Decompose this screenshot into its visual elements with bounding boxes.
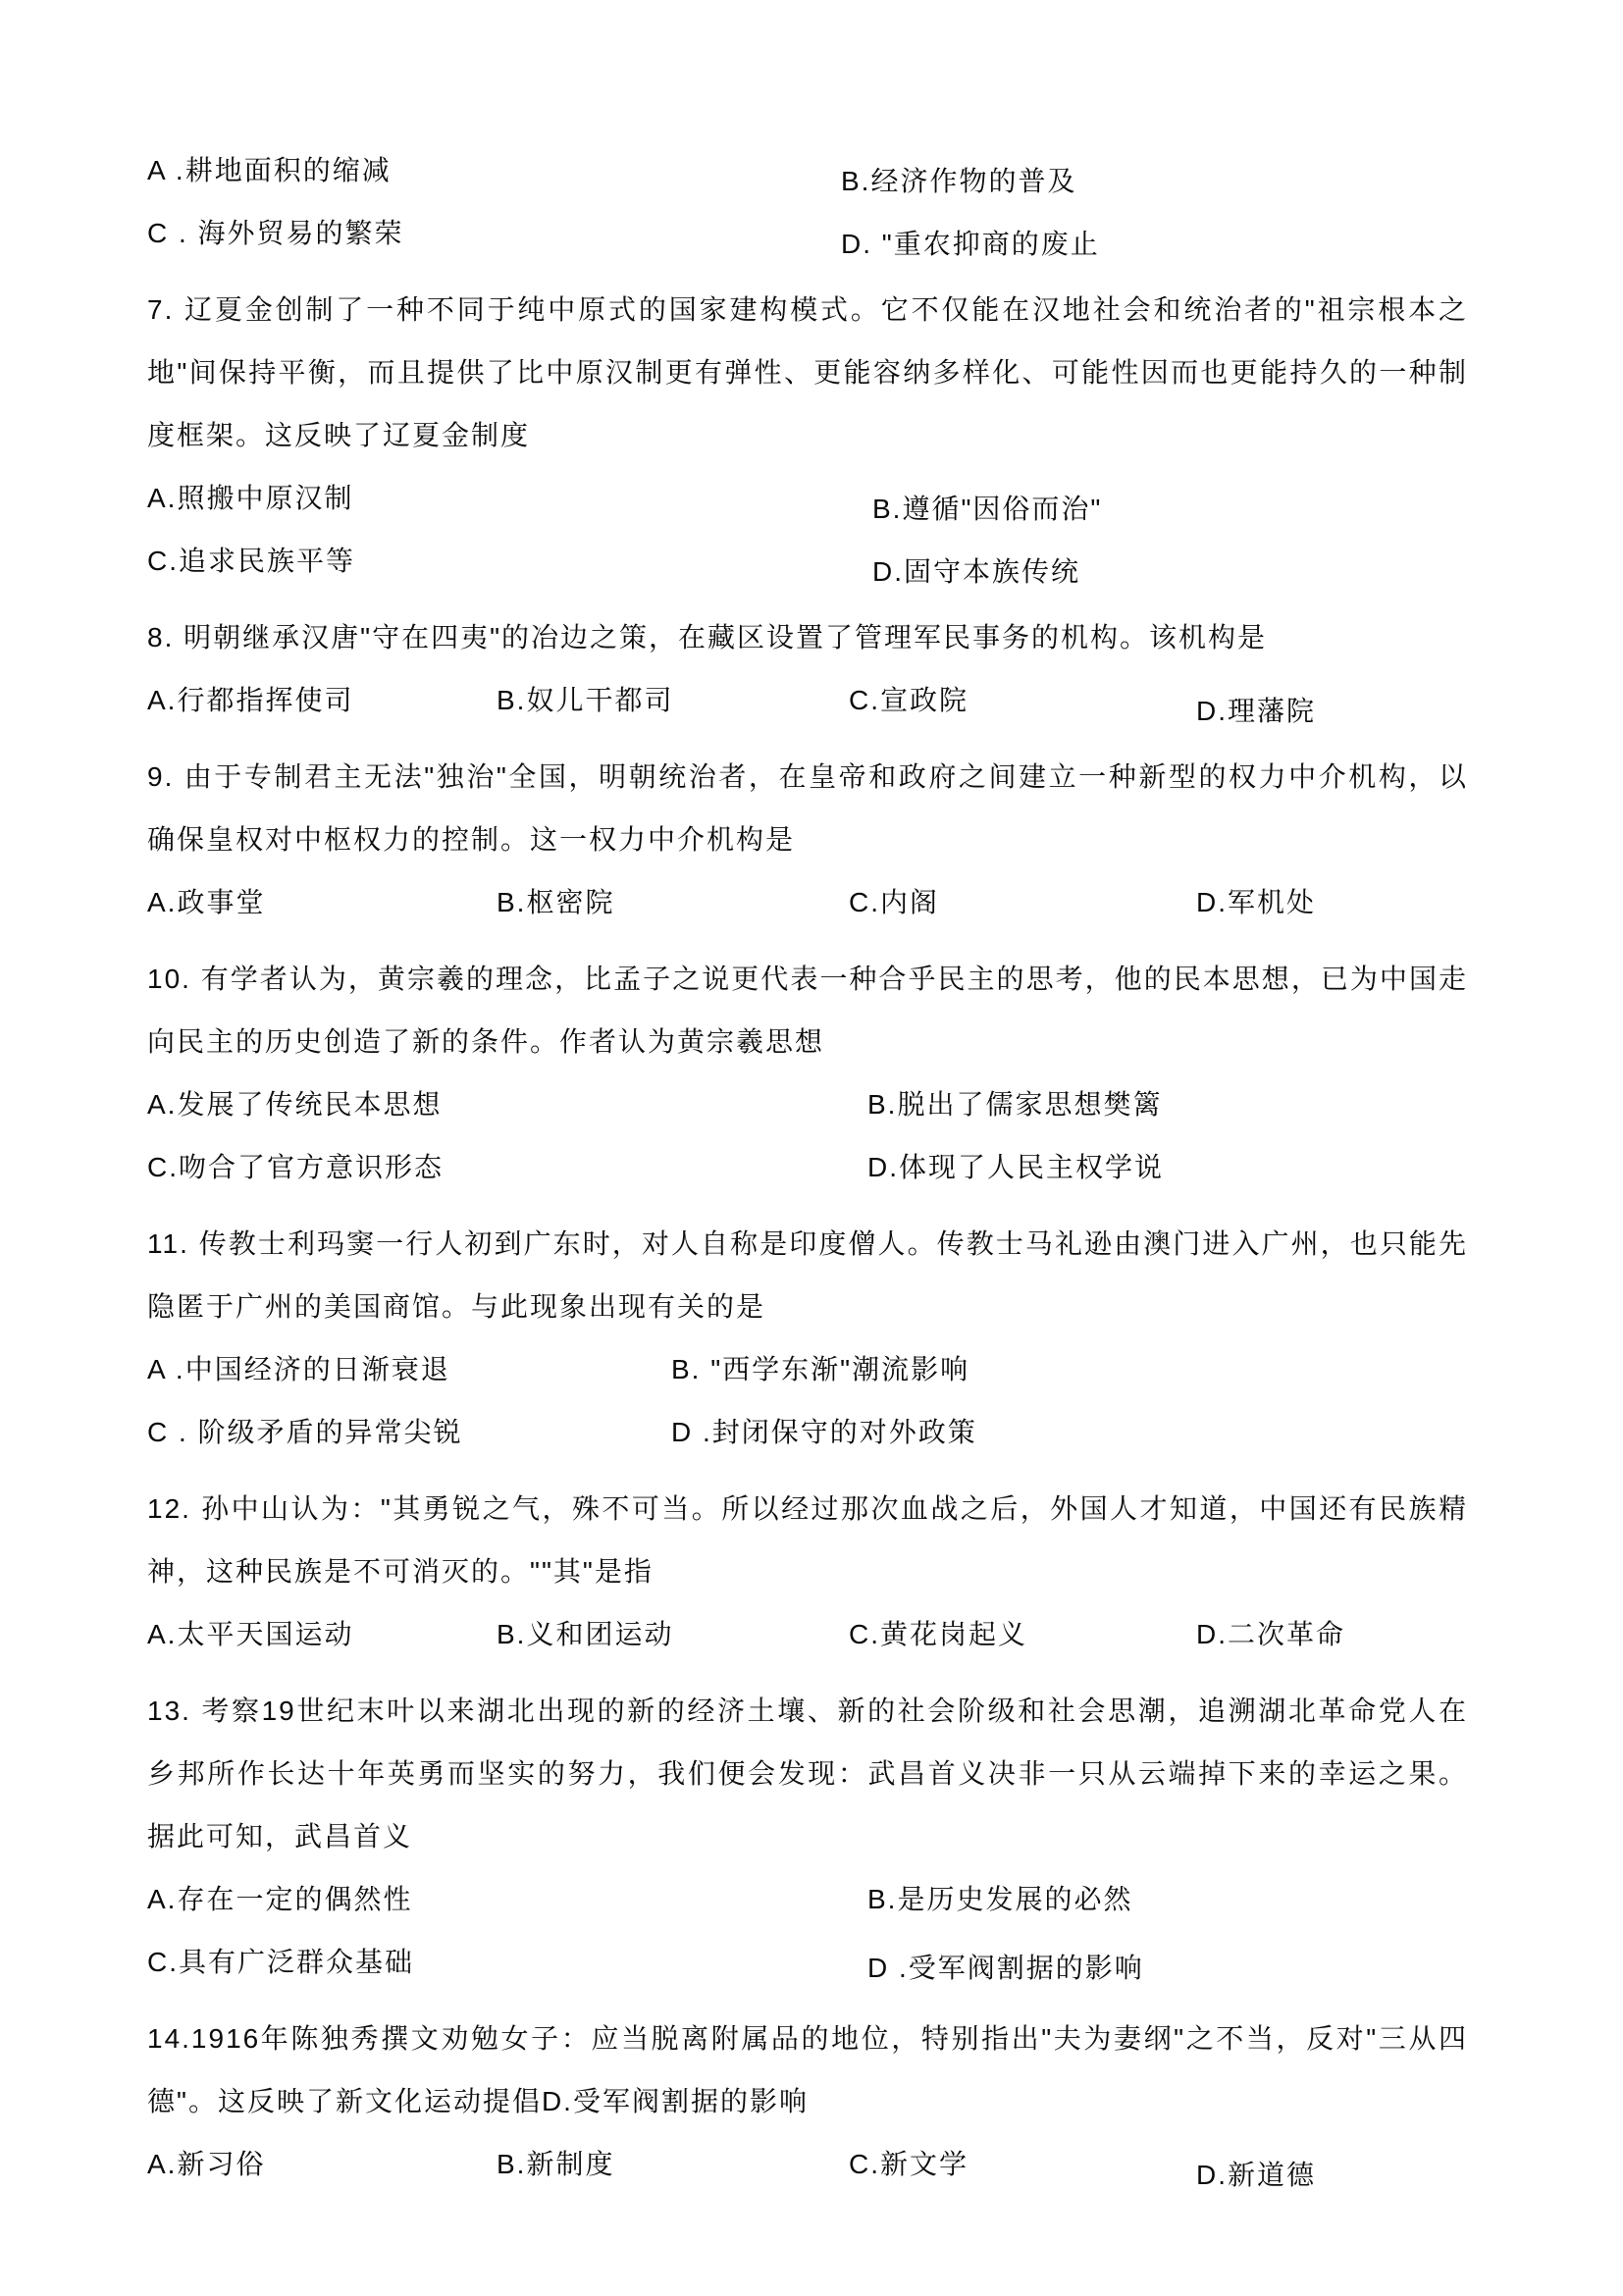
q12-option-d: D.二次革命: [1196, 1603, 1468, 1666]
q14-stem: 14.1916年陈独秀撰文劝勉女子：应当脱离附属品的地位，特别指出"夫为妻纲"之…: [147, 2008, 1468, 2133]
question-12: 12. 孙中山认为："其勇锐之气，殊不可当。所以经过那次血战之后，外国人才知道，…: [147, 1478, 1468, 1666]
q8-option-b: B.奴儿干都司: [497, 669, 849, 732]
q9-stem: 9. 由于专制君主无法"独治"全国，明朝统治者，在皇帝和政府之间建立一种新型的权…: [147, 746, 1468, 871]
q13-option-a: A.存在一定的偶然性: [147, 1868, 867, 1931]
question-10: 10. 有学者认为，黄宗羲的理念，比孟子之说更代表一种合乎民主的思考，他的民本思…: [147, 948, 1468, 1199]
q11-option-b: B. "西学东渐"潮流影响: [671, 1338, 1468, 1401]
q8-option-d: D.理藩院: [1196, 680, 1468, 743]
question-6-options: A .耕地面积的缩减 B.经济作物的普及 C . 海外贸易的繁荣 D. "重农抑…: [147, 139, 1468, 265]
q14-option-c: C.新文学: [849, 2133, 1196, 2196]
q10-option-a: A.发展了传统民本思想: [147, 1073, 867, 1136]
q9-option-b: B.枢密院: [497, 871, 849, 934]
question-14-option-grid: A.新习俗 B.新制度 C.新文学 D.新道德: [147, 2133, 1468, 2196]
q13-stem: 13. 考察19世纪末叶以来湖北出现的新的经济土壤、新的社会阶级和社会思潮，追溯…: [147, 1680, 1468, 1868]
q13-option-b: B.是历史发展的必然: [867, 1868, 1468, 1931]
q9-option-a: A.政事堂: [147, 871, 497, 934]
question-9: 9. 由于专制君主无法"独治"全国，明朝统治者，在皇帝和政府之间建立一种新型的权…: [147, 746, 1468, 934]
q11-stem: 11. 传教士利玛窦一行人初到广东时，对人自称是印度僧人。传教士马礼逊由澳门进入…: [147, 1213, 1468, 1338]
q10-option-c: C.吻合了官方意识形态: [147, 1136, 867, 1199]
question-11-option-grid: A .中国经济的日渐衰退 B. "西学东渐"潮流影响 C . 阶级矛盾的异常尖锐…: [147, 1338, 1468, 1464]
q11-option-c: C . 阶级矛盾的异常尖锐: [147, 1401, 671, 1464]
q7-option-d: D.固守本族传统: [872, 541, 1468, 603]
question-14: 14.1916年陈独秀撰文劝勉女子：应当脱离附属品的地位，特别指出"夫为妻纲"之…: [147, 2008, 1468, 2196]
question-11: 11. 传教士利玛窦一行人初到广东时，对人自称是印度僧人。传教士马礼逊由澳门进入…: [147, 1213, 1468, 1464]
question-12-option-grid: A.太平天国运动 B.义和团运动 C.黄花岗起义 D.二次革命: [147, 1603, 1468, 1666]
question-7-option-grid: A.照搬中原汉制 B.遵循"因俗而治" C.追求民族平等 D.固守本族传统: [147, 467, 1468, 593]
q9-option-c: C.内阁: [849, 871, 1196, 934]
question-9-option-grid: A.政事堂 B.枢密院 C.内阁 D.军机处: [147, 871, 1468, 934]
q6-option-c: C . 海外贸易的繁荣: [147, 202, 841, 265]
q6-option-a: A .耕地面积的缩减: [147, 139, 841, 202]
q13-option-d: D .受军阀割据的影响: [867, 1937, 1468, 2000]
q12-option-b: B.义和团运动: [497, 1603, 849, 1666]
q14-option-a: A.新习俗: [147, 2133, 497, 2196]
q7-stem: 7. 辽夏金创制了一种不同于纯中原式的国家建构模式。它不仅能在汉地社会和统治者的…: [147, 279, 1468, 467]
q6-option-b: B.经济作物的普及: [841, 150, 1468, 213]
q8-option-c: C.宣政院: [849, 669, 1196, 732]
q12-option-c: C.黄花岗起义: [849, 1603, 1196, 1666]
question-7: 7. 辽夏金创制了一种不同于纯中原式的国家建构模式。它不仅能在汉地社会和统治者的…: [147, 279, 1468, 593]
q6-option-d: D. "重农抑商的废止: [841, 213, 1468, 276]
exam-page: A .耕地面积的缩减 B.经济作物的普及 C . 海外贸易的繁荣 D. "重农抑…: [0, 0, 1623, 2296]
question-13: 13. 考察19世纪末叶以来湖北出现的新的经济土壤、新的社会阶级和社会思潮，追溯…: [147, 1680, 1468, 1994]
q7-option-a: A.照搬中原汉制: [147, 467, 872, 530]
question-13-option-grid: A.存在一定的偶然性 B.是历史发展的必然 C.具有广泛群众基础 D .受军阀割…: [147, 1868, 1468, 1994]
q12-stem: 12. 孙中山认为："其勇锐之气，殊不可当。所以经过那次血战之后，外国人才知道，…: [147, 1478, 1468, 1603]
q13-option-c: C.具有广泛群众基础: [147, 1931, 867, 1994]
q11-option-d: D .封闭保守的对外政策: [671, 1401, 1468, 1464]
question-8-option-grid: A.行都指挥使司 B.奴儿干都司 C.宣政院 D.理藩院: [147, 669, 1468, 732]
q9-option-d: D.军机处: [1196, 871, 1468, 934]
q10-option-d: D.体现了人民主权学说: [867, 1136, 1468, 1199]
q14-option-d: D.新道德: [1196, 2144, 1468, 2207]
q10-option-b: B.脱出了儒家思想樊篱: [867, 1073, 1468, 1136]
q8-option-a: A.行都指挥使司: [147, 669, 497, 732]
q11-option-a: A .中国经济的日渐衰退: [147, 1338, 671, 1401]
question-8: 8. 明朝继承汉唐"守在四夷"的冶边之策，在藏区设置了管理军民事务的机构。该机构…: [147, 606, 1468, 732]
q7-option-c: C.追求民族平等: [147, 530, 872, 593]
question-10-option-grid: A.发展了传统民本思想 B.脱出了儒家思想樊篱 C.吻合了官方意识形态 D.体现…: [147, 1073, 1468, 1199]
question-6-option-grid: A .耕地面积的缩减 B.经济作物的普及 C . 海外贸易的繁荣 D. "重农抑…: [147, 139, 1468, 265]
q12-option-a: A.太平天国运动: [147, 1603, 497, 1666]
q10-stem: 10. 有学者认为，黄宗羲的理念，比孟子之说更代表一种合乎民主的思考，他的民本思…: [147, 948, 1468, 1073]
q7-option-b: B.遵循"因俗而治": [872, 478, 1468, 541]
q14-option-b: B.新制度: [497, 2133, 849, 2196]
q8-stem: 8. 明朝继承汉唐"守在四夷"的冶边之策，在藏区设置了管理军民事务的机构。该机构…: [147, 606, 1468, 669]
